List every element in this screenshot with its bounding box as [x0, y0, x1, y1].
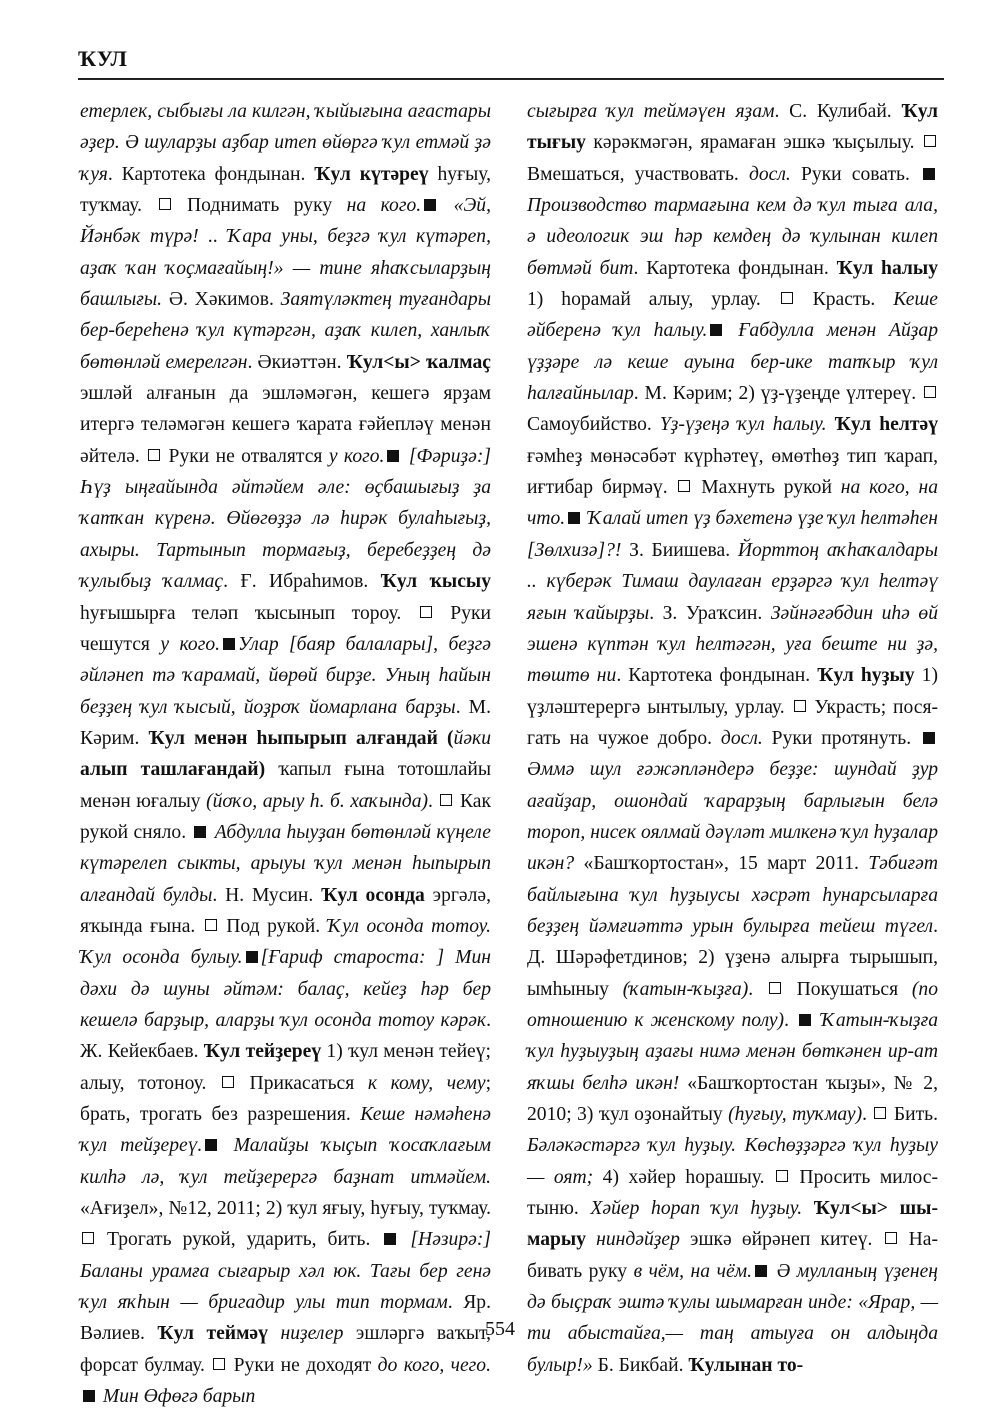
entry-headword: Ҡул һуҙыу: [817, 665, 914, 686]
body-text: . Әкиәттән.: [248, 352, 347, 373]
body-text: . М. Кәрим; 2) үҙ-үҙеңде үлтереү.: [634, 383, 922, 404]
example-marker-icon: [568, 512, 580, 524]
body-text: . З. Ураҡсин.: [649, 603, 771, 624]
header-rule: [78, 78, 944, 80]
example-marker-icon: [710, 324, 722, 336]
example-marker-icon: [799, 1014, 811, 1026]
body-text: эшкә өйрәнеп китеү.: [680, 1229, 883, 1250]
russian-equivalent-marker-icon: [82, 1232, 94, 1244]
body-text: һуғышырға теләп ҡысынып тороу.: [80, 603, 418, 624]
example-marker-icon: [223, 638, 235, 650]
italic-text: (ҡатын-ҡыҙға): [623, 979, 749, 1000]
body-text: Вмешаться, участвовать.: [527, 164, 749, 185]
example-marker-icon: [384, 1233, 396, 1245]
body-text: . Н. Мусин.: [212, 885, 321, 906]
russian-equivalent-marker-icon: [924, 386, 936, 398]
body-text: Руки про­тянуть.: [763, 728, 920, 749]
example-marker-icon: [923, 168, 935, 180]
russian-equivalent-marker-icon: [885, 1232, 897, 1244]
italic-text: ниндәйҙер: [586, 1229, 680, 1250]
russian-equivalent-marker-icon: [924, 135, 936, 147]
italic-text: до кого, чего.: [378, 1355, 491, 1376]
russian-equivalent-marker-icon: [781, 292, 793, 304]
body-text: .: [428, 791, 438, 812]
body-text: . Карто­тека фондынан.: [633, 258, 836, 279]
italic-text: досл.: [721, 728, 763, 749]
body-text: .: [862, 1104, 872, 1125]
entry-headword: Ҡул һелтәү: [827, 414, 938, 435]
entry-headword: Ҡул тейҙереү: [204, 1041, 321, 1062]
left-column-text: етерлек, сыбығы ла килгән, ҡыйығына ағас…: [80, 96, 491, 1412]
body-text: . Картотека фондынан.: [616, 665, 817, 686]
italic-text: у кого.: [160, 634, 220, 655]
russian-equivalent-marker-icon: [205, 919, 217, 931]
entry-headword: Ҡул менән һыпырып алғандай (: [148, 728, 453, 749]
italic-text: сығырға ҡул теймәүен яҙам: [527, 101, 775, 122]
entry-headword: алып ташлағандай): [80, 759, 265, 780]
right-column-text: сығырға ҡул теймәүен яҙам. С. Кулибай. Ҡ…: [527, 96, 938, 1381]
russian-equivalent-marker-icon: [440, 794, 452, 806]
body-text: кәрәкмәгән, ярамаған эшкә ҡыҫылыу.: [586, 132, 922, 153]
italic-text: (һуғыу, туҡмау): [728, 1104, 862, 1125]
russian-equivalent-marker-icon: [769, 982, 781, 994]
body-text: Руки совать.: [791, 164, 920, 185]
headword-title: ҠУЛ: [78, 46, 944, 72]
body-text: Прикасаться: [236, 1073, 368, 1094]
body-text: .: [784, 1010, 796, 1031]
example-marker-icon: [205, 1139, 217, 1151]
russian-equivalent-marker-icon: [159, 198, 171, 210]
body-text: .: [748, 979, 767, 1000]
italic-text: Хәйер һорап ҡул һуҙыу.: [590, 1198, 802, 1219]
body-text: Руки не доходят: [227, 1355, 377, 1376]
running-header: ҠУЛ: [78, 46, 944, 80]
italic-text: Мин Өфөгә барып: [98, 1386, 255, 1407]
russian-equivalent-marker-icon: [776, 1170, 788, 1182]
body-text: Махнуть рукой: [692, 477, 840, 498]
body-text: Трогать рукой, ударить, бить.: [96, 1229, 381, 1250]
example-marker-icon: [387, 450, 399, 462]
russian-equivalent-marker-icon: [213, 1358, 225, 1370]
russian-equivalent-marker-icon: [794, 700, 806, 712]
entry-headword: Ҡул осонда: [321, 885, 425, 906]
entry-headword: Ҡул ҡысыу: [381, 571, 491, 592]
example-marker-icon: [194, 826, 206, 838]
italic-text: йәки: [454, 728, 491, 749]
body-text: Покушаться: [783, 979, 912, 1000]
italic-text: на кого.: [347, 195, 422, 216]
italic-text: досл.: [749, 164, 791, 185]
italic-text: у кого.: [329, 446, 385, 467]
body-text: . Картотека фондынан.: [108, 164, 314, 185]
body-text: Руки не отвалятся: [162, 446, 329, 467]
example-marker-icon: [246, 951, 258, 963]
example-marker-icon: [755, 1265, 767, 1277]
example-marker-icon: [424, 199, 436, 211]
russian-equivalent-marker-icon: [678, 480, 690, 492]
italic-text: Үҙ-үҙеңә ҡул һалыу.: [660, 414, 827, 435]
body-text: Б. Бикбай.: [593, 1355, 689, 1376]
body-text: Бить.: [888, 1104, 938, 1125]
right-column: сығырға ҡул теймәүен яҙам. С. Кулибай. Ҡ…: [527, 96, 938, 1381]
russian-equivalent-marker-icon: [420, 606, 432, 618]
italic-text: к кому, чему: [368, 1073, 486, 1094]
entry-headword: Ҡул һалыу: [837, 258, 938, 279]
body-text: 4) хәйер һорашыу.: [593, 1167, 774, 1188]
russian-equivalent-marker-icon: [874, 1107, 886, 1119]
body-text: . С. Кулибай.: [775, 101, 902, 122]
body-text: Поднимать руку: [173, 195, 347, 216]
example-marker-icon: [83, 1390, 95, 1402]
entry-headword: Ҡул күтәреү: [314, 164, 428, 185]
page-number: 554: [0, 1318, 1000, 1341]
body-text: «Башҡортостан», 15 март 2011.: [574, 853, 868, 874]
left-column: етерлек, сыбығы ла килгән, ҡыйығына ағас…: [80, 96, 491, 1412]
body-text: 1) һорамай алыу, урлау.: [527, 289, 779, 310]
example-marker-icon: [923, 732, 935, 744]
entry-headword: Ҡулынан то-: [688, 1355, 803, 1376]
body-text: «Ағиҙел», №12, 2011; 2) ҡул яғыу, һуғыу,…: [80, 1198, 491, 1219]
body-text: З. Биишева.: [621, 540, 737, 561]
russian-equivalent-marker-icon: [148, 449, 160, 461]
russian-equivalent-marker-icon: [222, 1076, 234, 1088]
entry-headword: Ҡул<ы> ҡалмаҫ: [347, 352, 491, 373]
body-text: Ә. Хәкимов.: [162, 289, 281, 310]
italic-text: в чём, на чём.: [634, 1261, 752, 1282]
body-text: . Ғ. Ибраһимов.: [223, 571, 381, 592]
italic-text: (йоҡо, арыу һ. б. хаҡында): [206, 791, 428, 812]
body-text: Под рукой.: [219, 916, 328, 937]
body-text: Красть.: [795, 289, 894, 310]
body-text: Само­убийство.: [527, 414, 660, 435]
